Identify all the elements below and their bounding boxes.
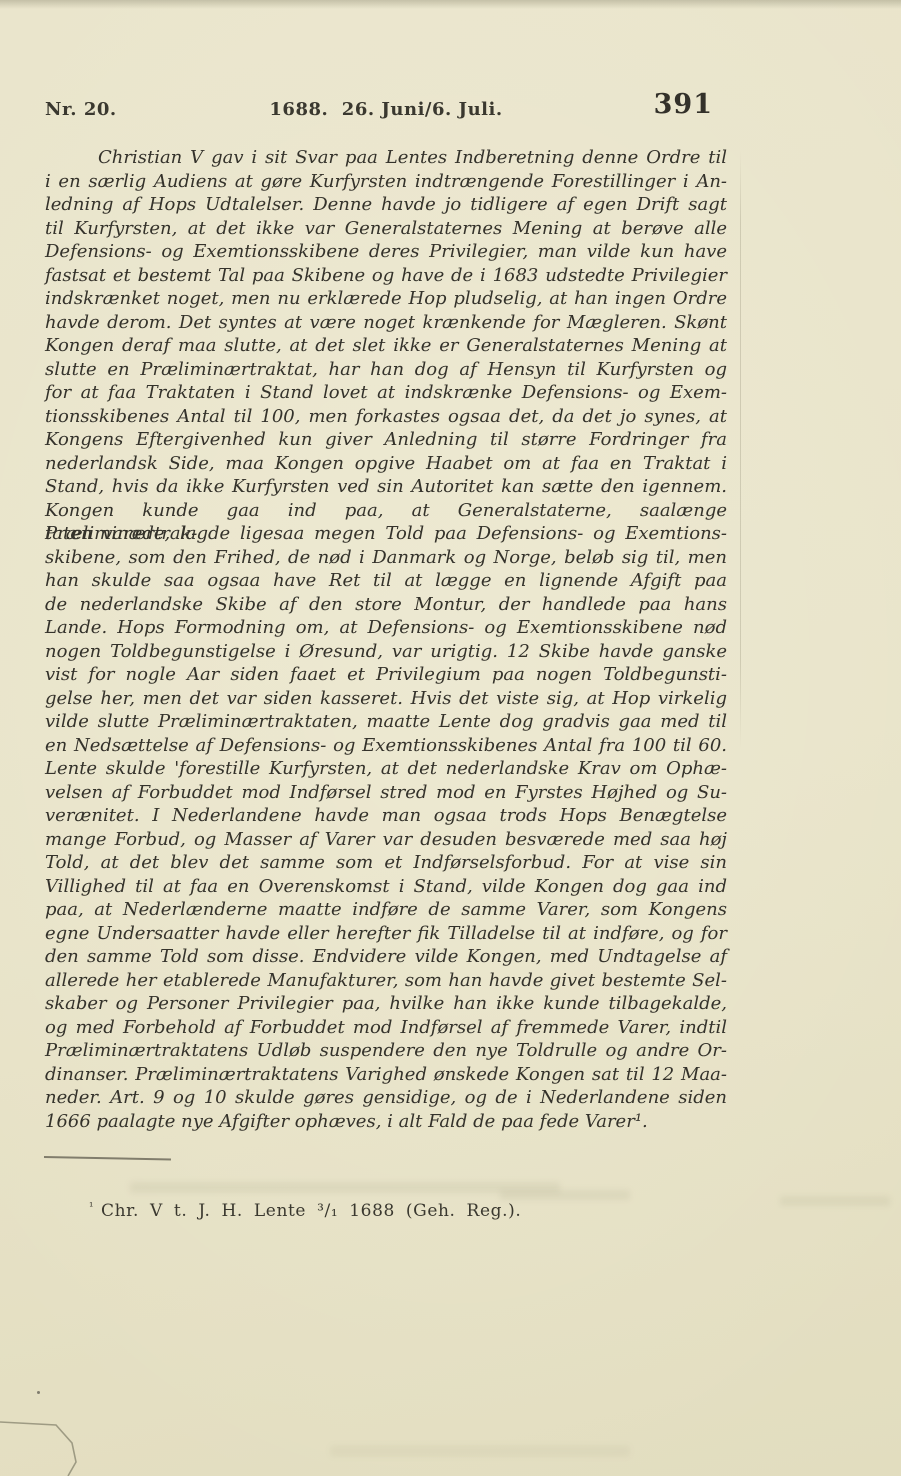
paper-speck <box>37 1391 40 1394</box>
text-line: allerede her etablerede Manufakturer, so… <box>45 969 727 993</box>
scanned-book-page: Nr. 20. 1688. 26. Juni/6. Juli. 391 Chri… <box>0 0 901 1476</box>
text-line: velsen af Forbuddet mod Indførsel stred … <box>45 781 727 805</box>
text-line: til Kurfyrsten, at det ikke var Generals… <box>45 217 727 241</box>
text-line: og med Forbehold af Forbuddet mod Indfør… <box>45 1016 727 1040</box>
footnote-text: Chr. V t. J. H. Lente ³/₁ 1688 (Geh. Reg… <box>101 1201 521 1221</box>
text-line: Told, at det blev det samme som et Indfø… <box>45 851 727 875</box>
ink-bleedthrough <box>330 1445 630 1457</box>
text-line: den samme Told som disse. Endvidere vild… <box>45 945 727 969</box>
text-line: tionsskibenes Antal til 100, men forkast… <box>45 405 727 429</box>
text-line: fastsat et bestemt Tal paa Skibene og ha… <box>45 264 727 288</box>
text-line: Kongen kunde gaa ind paa, at Generalstat… <box>45 499 727 523</box>
text-line: taten varede, lagde ligesaa megen Told p… <box>45 522 727 546</box>
text-line: han skulde saa ogsaa have Ret til at læg… <box>45 569 727 593</box>
text-line: skaber og Personer Privilegier paa, hvil… <box>45 992 727 1016</box>
text-line: egne Undersaatter havde eller herefter f… <box>45 922 727 946</box>
footnote-separator <box>44 1156 171 1160</box>
text-line: gelse her, men det var siden kasseret. H… <box>45 687 727 711</box>
text-line: paa, at Nederlænderne maatte indføre de … <box>45 898 727 922</box>
text-line: de nederlandske Skibe af den store Montu… <box>45 593 727 617</box>
ink-bleedthrough <box>780 1196 890 1206</box>
text-line: vilde slutte Præliminærtraktaten, maatte… <box>45 710 727 734</box>
page-number: 391 <box>654 89 713 120</box>
text-line: Kongens Eftergivenhed kun giver Anlednin… <box>45 428 727 452</box>
text-line: vist for nogle Aar siden faaet et Privil… <box>45 663 727 687</box>
page-header: Nr. 20. 1688. 26. Juni/6. Juli. 391 <box>45 93 727 123</box>
text-line: nogen Toldbegunstigelse i Øresund, var u… <box>45 640 727 664</box>
text-line: mange Forbud, og Masser af Varer var des… <box>45 828 727 852</box>
text-line: Defensions- og Exemtionsskibene deres Pr… <box>45 240 727 264</box>
text-line: skibene, som den Frihed, de nød i Danmar… <box>45 546 727 570</box>
text-line: Christian V gav i sit Svar paa Lentes In… <box>45 146 727 170</box>
footnote-marker: ¹ <box>89 1200 94 1213</box>
ink-bleedthrough <box>500 1190 630 1200</box>
ink-bleedthrough <box>130 1182 560 1193</box>
text-line: Præliminærtraktatens Udløb suspendere de… <box>45 1039 727 1063</box>
text-line: verænitet. I Nederlandene havde man ogsa… <box>45 804 727 828</box>
text-line: ledning af Hops Udtalelser. Denne havde … <box>45 193 727 217</box>
date-heading: 1688. 26. Juni/6. Juli. <box>45 99 727 120</box>
text-line: dinanser. Præliminærtraktatens Varighed … <box>45 1063 727 1087</box>
text-line: Lande. Hops Formodning om, at Defensions… <box>45 616 727 640</box>
scan-artifact-line <box>740 150 741 750</box>
text-line: for at faa Traktaten i Stand lovet at in… <box>45 381 727 405</box>
text-line: en Nedsættelse af Defensions- og Exemtio… <box>45 734 727 758</box>
footnote: ¹Chr. V t. J. H. Lente ³/₁ 1688 (Geh. Re… <box>89 1200 521 1221</box>
text-line: Stand, hvis da ikke Kurfyrsten ved sin A… <box>45 475 727 499</box>
text-line: Lente skulde 'forestille Kurfyrsten, at … <box>45 757 727 781</box>
page-corner-curl <box>0 1400 120 1476</box>
text-line: indskrænket noget, men nu erklærede Hop … <box>45 287 727 311</box>
text-line: 1666 paalagte nye Afgifter ophæves, i al… <box>45 1110 727 1134</box>
text-line: nederlandsk Side, maa Kongen opgive Haab… <box>45 452 727 476</box>
text-line: i en særlig Audiens at gøre Kurfyrsten i… <box>45 170 727 194</box>
text-line: neder. Art. 9 og 10 skulde gøres gensidi… <box>45 1086 727 1110</box>
text-line: Kongen deraf maa slutte, at det slet ikk… <box>45 334 727 358</box>
text-line: slutte en Præliminærtraktat, har han dog… <box>45 358 727 382</box>
text-line: Villighed til at faa en Overenskomst i S… <box>45 875 727 899</box>
text-line: havde derom. Det syntes at være noget kr… <box>45 311 727 335</box>
body-paragraph: Christian V gav i sit Svar paa Lentes In… <box>45 146 727 1133</box>
